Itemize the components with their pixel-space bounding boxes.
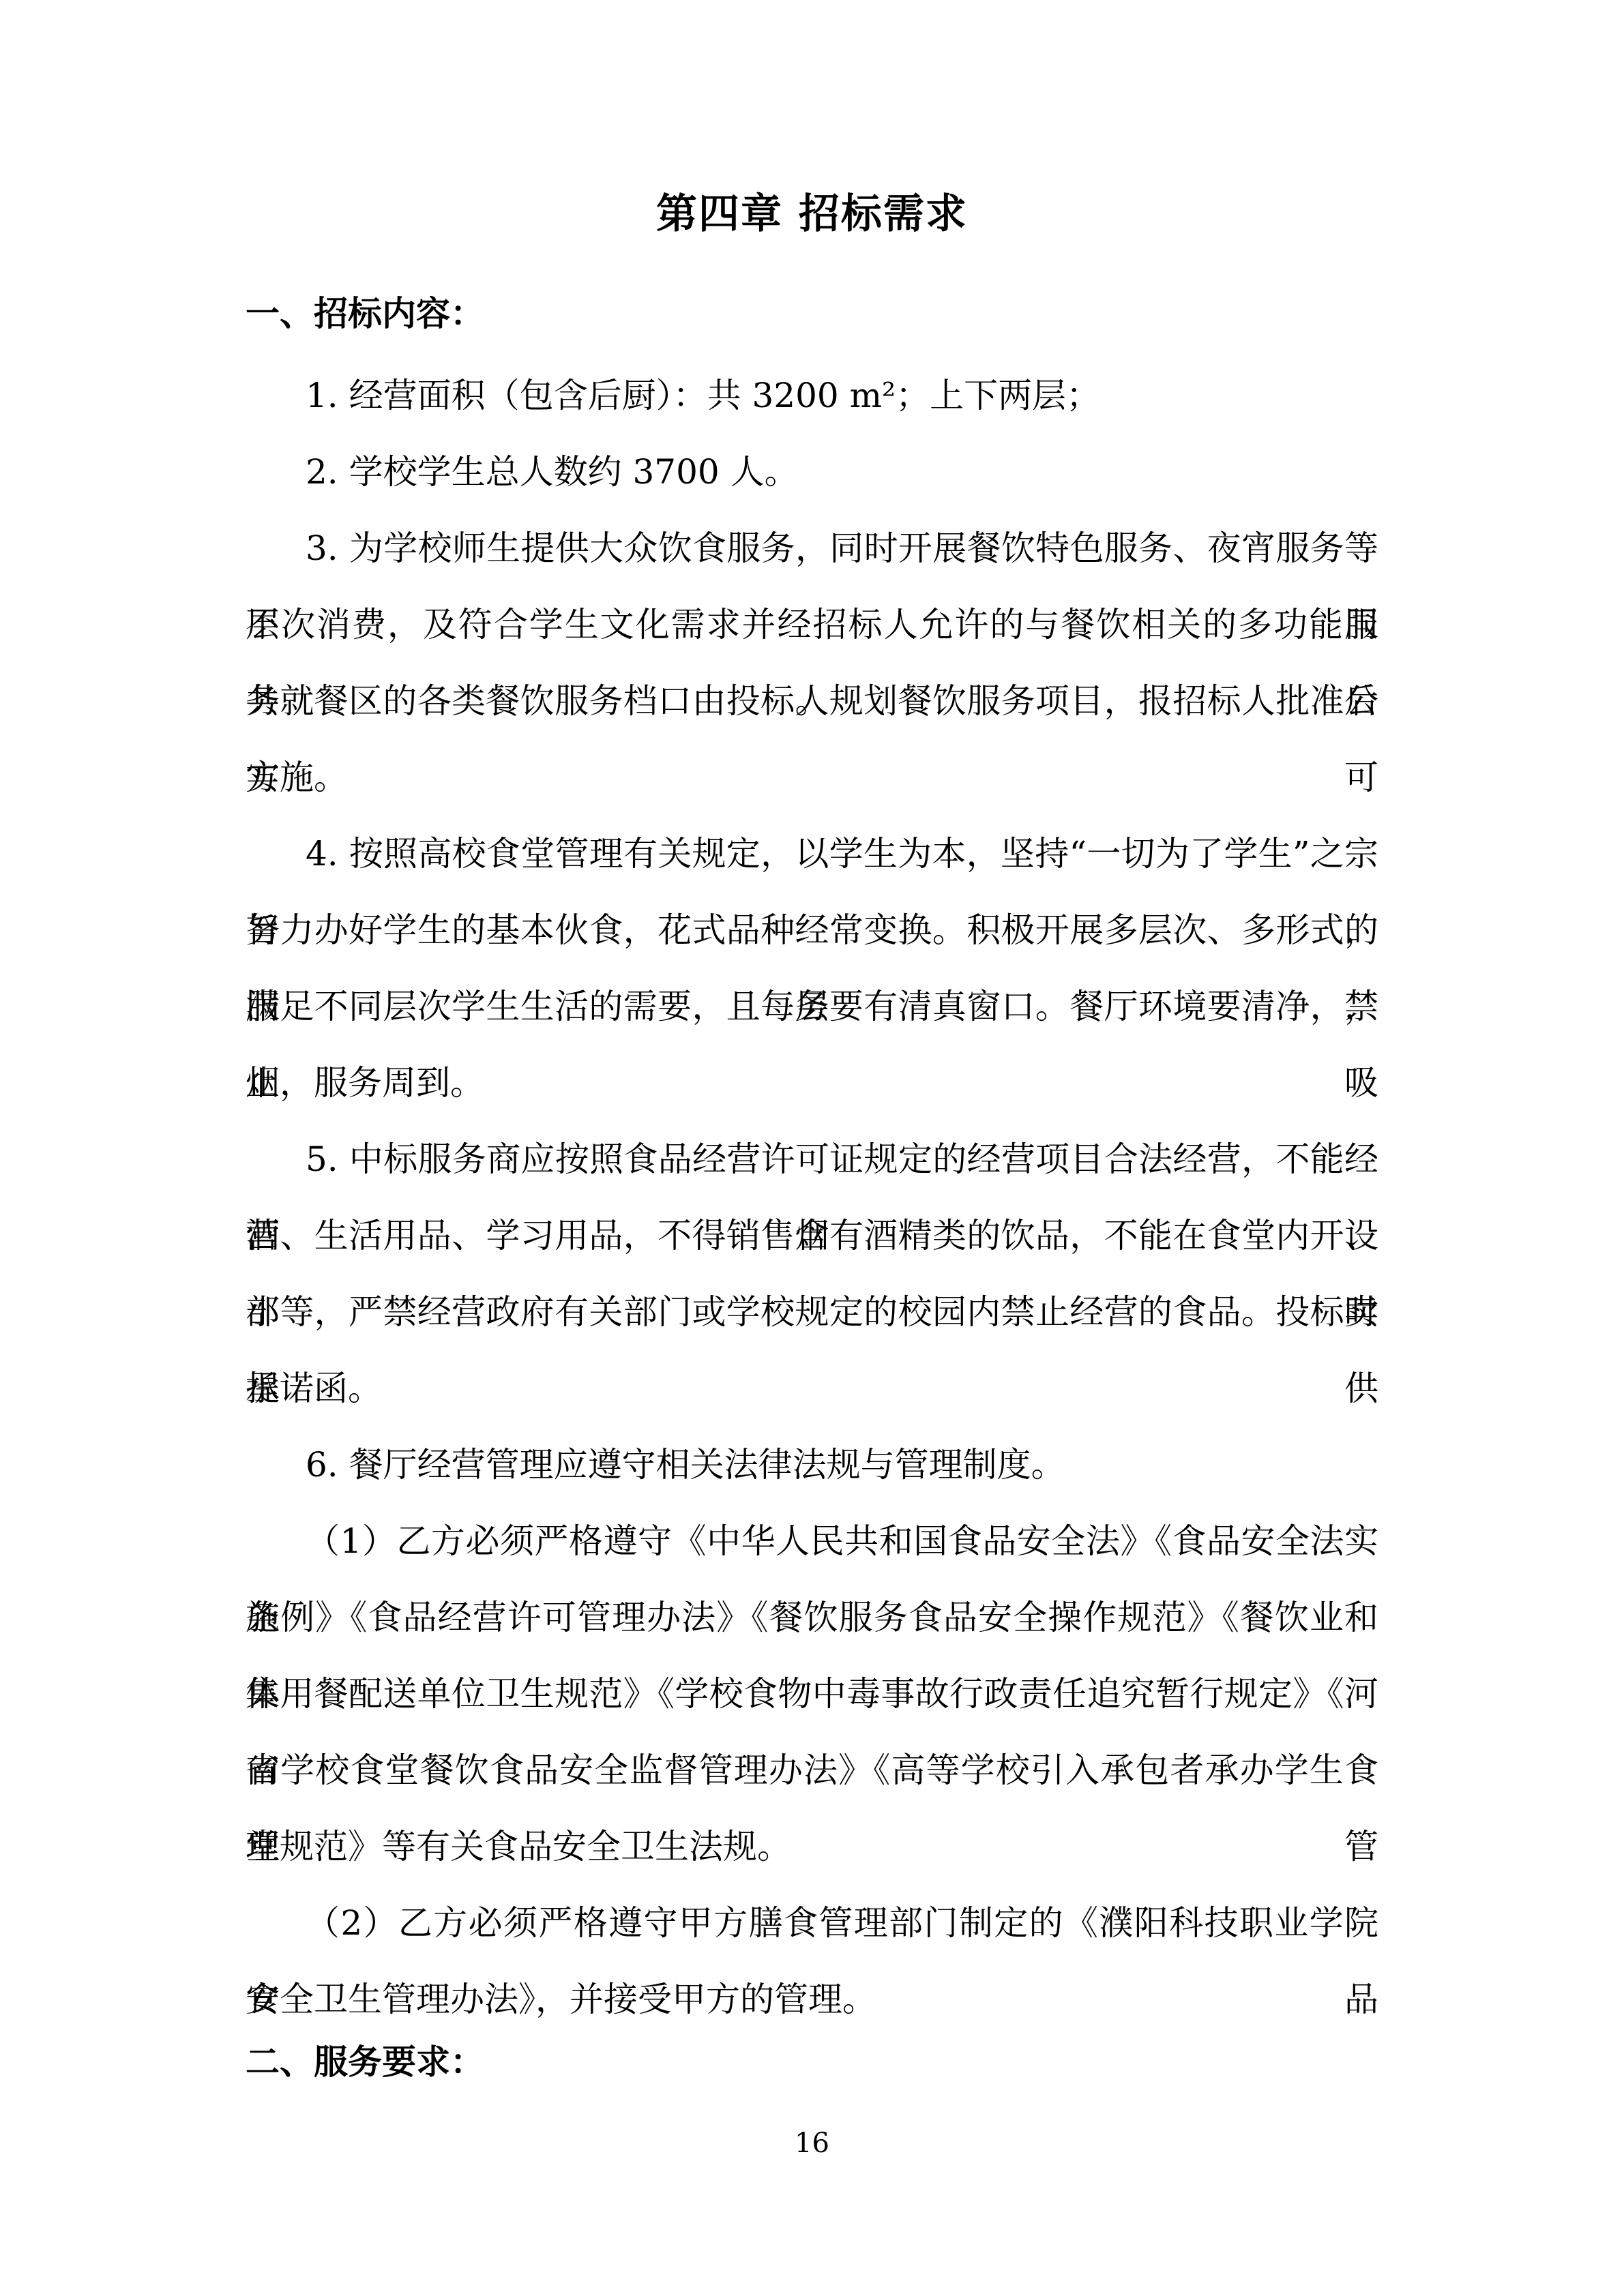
text-line: 5. 中标服务商应按照食品经营许可证规定的经营项目合法经营，不能经营烟、 <box>246 1121 1378 1197</box>
text-line: 6. 餐厅经营管理应遵守相关法律法规与管理制度。 <box>246 1427 1378 1503</box>
text-line: 省学校食堂餐饮食品安全监督管理办法》《高等学校引入承包者承办学生食堂管 <box>246 1732 1378 1808</box>
text-line: 努力办好学生的基本伙食，花式品种经常变换。积极开展多层次、多形式的服务， <box>246 892 1378 968</box>
text-line: 部等，严禁经营政府有关部门或学校规定的校园内禁止经营的食品。投标时提供 <box>246 1274 1378 1350</box>
text-line: 共就餐区的各类餐饮服务档口由投标人规划餐饮服务项目，报招标人批准后方可 <box>246 663 1378 739</box>
page-number: 16 <box>0 2130 1624 2157</box>
text-line: 2. 学校学生总人数约 3700 人。 <box>246 434 1378 510</box>
text-line: 酒、生活用品、学习用品，不得销售含有酒精类的饮品，不能在食堂内开设小卖 <box>246 1197 1378 1274</box>
text-line: 满足不同层次学生生活的需要，且每层要有清真窗口。餐厅环境要清净，禁止吸 <box>246 968 1378 1045</box>
document-page: 第四章 招标需求 一、招标内容：1. 经营面积（包含后厨）：共 3200 m²；… <box>0 0 1624 2296</box>
section-heading: 一、招标内容： <box>246 275 1378 352</box>
text-line: （1）乙方必须严格遵守《中华人民共和国食品安全法》《食品安全法实施 <box>246 1503 1378 1579</box>
text-line: 层次消费，及符合学生文化需求并经招标人允许的与餐饮相关的多功能服务。公 <box>246 586 1378 663</box>
text-line: 1. 经营面积（包含后厨）：共 3200 m²；上下两层； <box>246 357 1378 434</box>
text-line: 条例》《食品经营许可管理办法》《餐饮服务食品安全操作规范》《餐饮业和集 <box>246 1579 1378 1656</box>
chapter-title: 第四章 招标需求 <box>0 190 1624 239</box>
content: 一、招标内容：1. 经营面积（包含后厨）：共 3200 m²；上下两层；2. 学… <box>246 275 1378 2100</box>
text-line: 体用餐配送单位卫生规范》《学校食物中毒事故行政责任追究暂行规定》《河南 <box>246 1656 1378 1732</box>
text-line: 3. 为学校师生提供大众饮食服务，同时开展餐饮特色服务、夜宵服务等不同 <box>246 510 1378 586</box>
text-line: 4. 按照高校食堂管理有关规定，以学生为本，坚持“一切为了学生”之宗旨， <box>246 816 1378 892</box>
text-line: （2）乙方必须严格遵守甲方膳食管理部门制定的《濮阳科技职业学院食品 <box>246 1885 1378 1961</box>
